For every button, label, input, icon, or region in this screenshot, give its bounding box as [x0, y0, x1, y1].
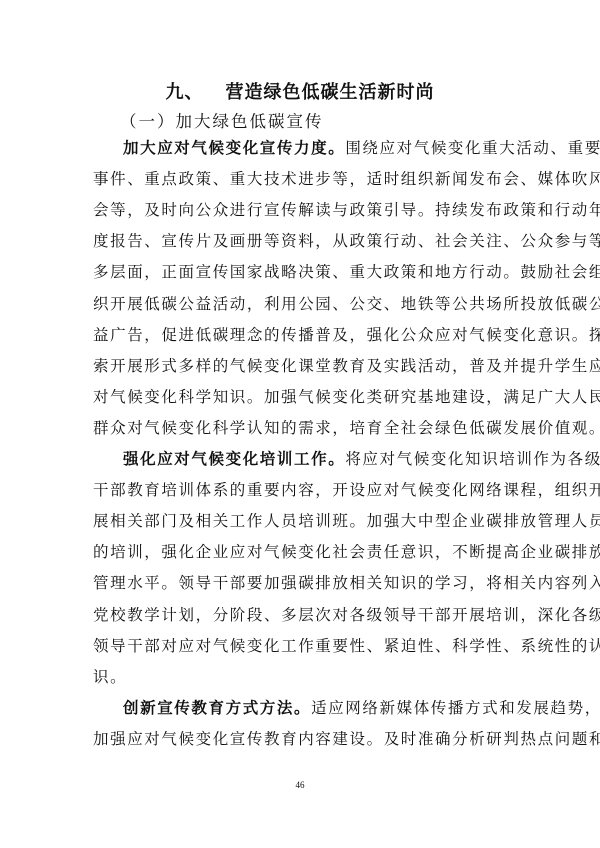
line-text: 适应网络新媒体传播方式和发展趋势， — [311, 699, 600, 717]
line-text: 度报告、宣传片及画册等资料，从政策行动、社会关注、公众参与等 — [93, 232, 600, 250]
page-number: 46 — [0, 780, 600, 790]
line-text: 展相关部门及相关工作人员培训班。加强大中型企业碳排放管理人员 — [93, 512, 600, 530]
line-text: 干部教育培训体系的重要内容，开设应对气候变化网络课程，组织开 — [93, 481, 600, 499]
text-line: 加强应对气候变化宣传教育内容建设。及时准确分析研判热点问题和 — [93, 728, 513, 768]
line-text: 索开展形式多样的气候变化课堂教育及实践活动，普及并提升学生应 — [93, 357, 600, 375]
line-text: 会等，及时向公众进行宣传解读与政策引导。持续发布政策和行动年 — [93, 201, 600, 219]
line-text: 领导干部对应对气候变化工作重要性、紧迫性、科学性、系统性的认 — [93, 637, 600, 655]
paragraph-lead: 强化应对气候变化培训工作。 — [123, 449, 345, 468]
paragraph-lead: 加大应对气候变化宣传力度。 — [123, 138, 345, 157]
line-text: 益广告，促进低碳理念的传播普及，强化公众应对气候变化意识。探 — [93, 326, 600, 344]
line-text: 织开展低碳公益活动，利用公园、公交、地铁等公共场所投放低碳公 — [93, 295, 600, 313]
document-page: 九、营造绿色低碳生活新时尚 （一）加大绿色低碳宣传 加大应对气候变化宣传力度。围… — [0, 0, 600, 848]
line-text: 将应对气候变化知识培训作为各级 — [345, 450, 600, 468]
line-text: 多层面，正面宣传国家战略决策、重大政策和地方行动。鼓励社会组 — [93, 263, 600, 281]
line-text: 事件、重点政策、重大技术进步等，适时组织新闻发布会、媒体吹风 — [93, 170, 600, 188]
section-title: 营造绿色低碳生活新时尚 — [226, 82, 435, 103]
subsection-heading: （一）加大绿色低碳宣传 — [120, 108, 324, 132]
line-text: 党校教学计划，分阶段、多层次对各级领导干部开展培训，深化各级 — [93, 606, 600, 624]
line-text: 群众对气候变化科学认知的需求，培育全社会绿色低碳发展价值观。 — [93, 419, 600, 437]
section-number: 九、 — [166, 82, 204, 103]
line-text: 识。 — [93, 668, 127, 686]
section-heading: 九、营造绿色低碳生活新时尚 — [0, 78, 600, 104]
paragraph-lead: 创新宣传教育方式方法。 — [123, 698, 311, 717]
line-text: 围绕应对气候变化重大活动、重要 — [345, 139, 600, 157]
line-text: 对气候变化科学知识。加强气候变化类研究基地建设，满足广大人民 — [93, 388, 600, 406]
line-text: 加强应对气候变化宣传教育内容建设。及时准确分析研判热点问题和 — [93, 730, 600, 748]
line-text: 管理水平。领导干部要加强碳排放相关知识的学习，将相关内容列入 — [93, 574, 600, 592]
line-text: 的培训，强化企业应对气候变化社会责任意识，不断提高企业碳排放 — [93, 543, 600, 561]
